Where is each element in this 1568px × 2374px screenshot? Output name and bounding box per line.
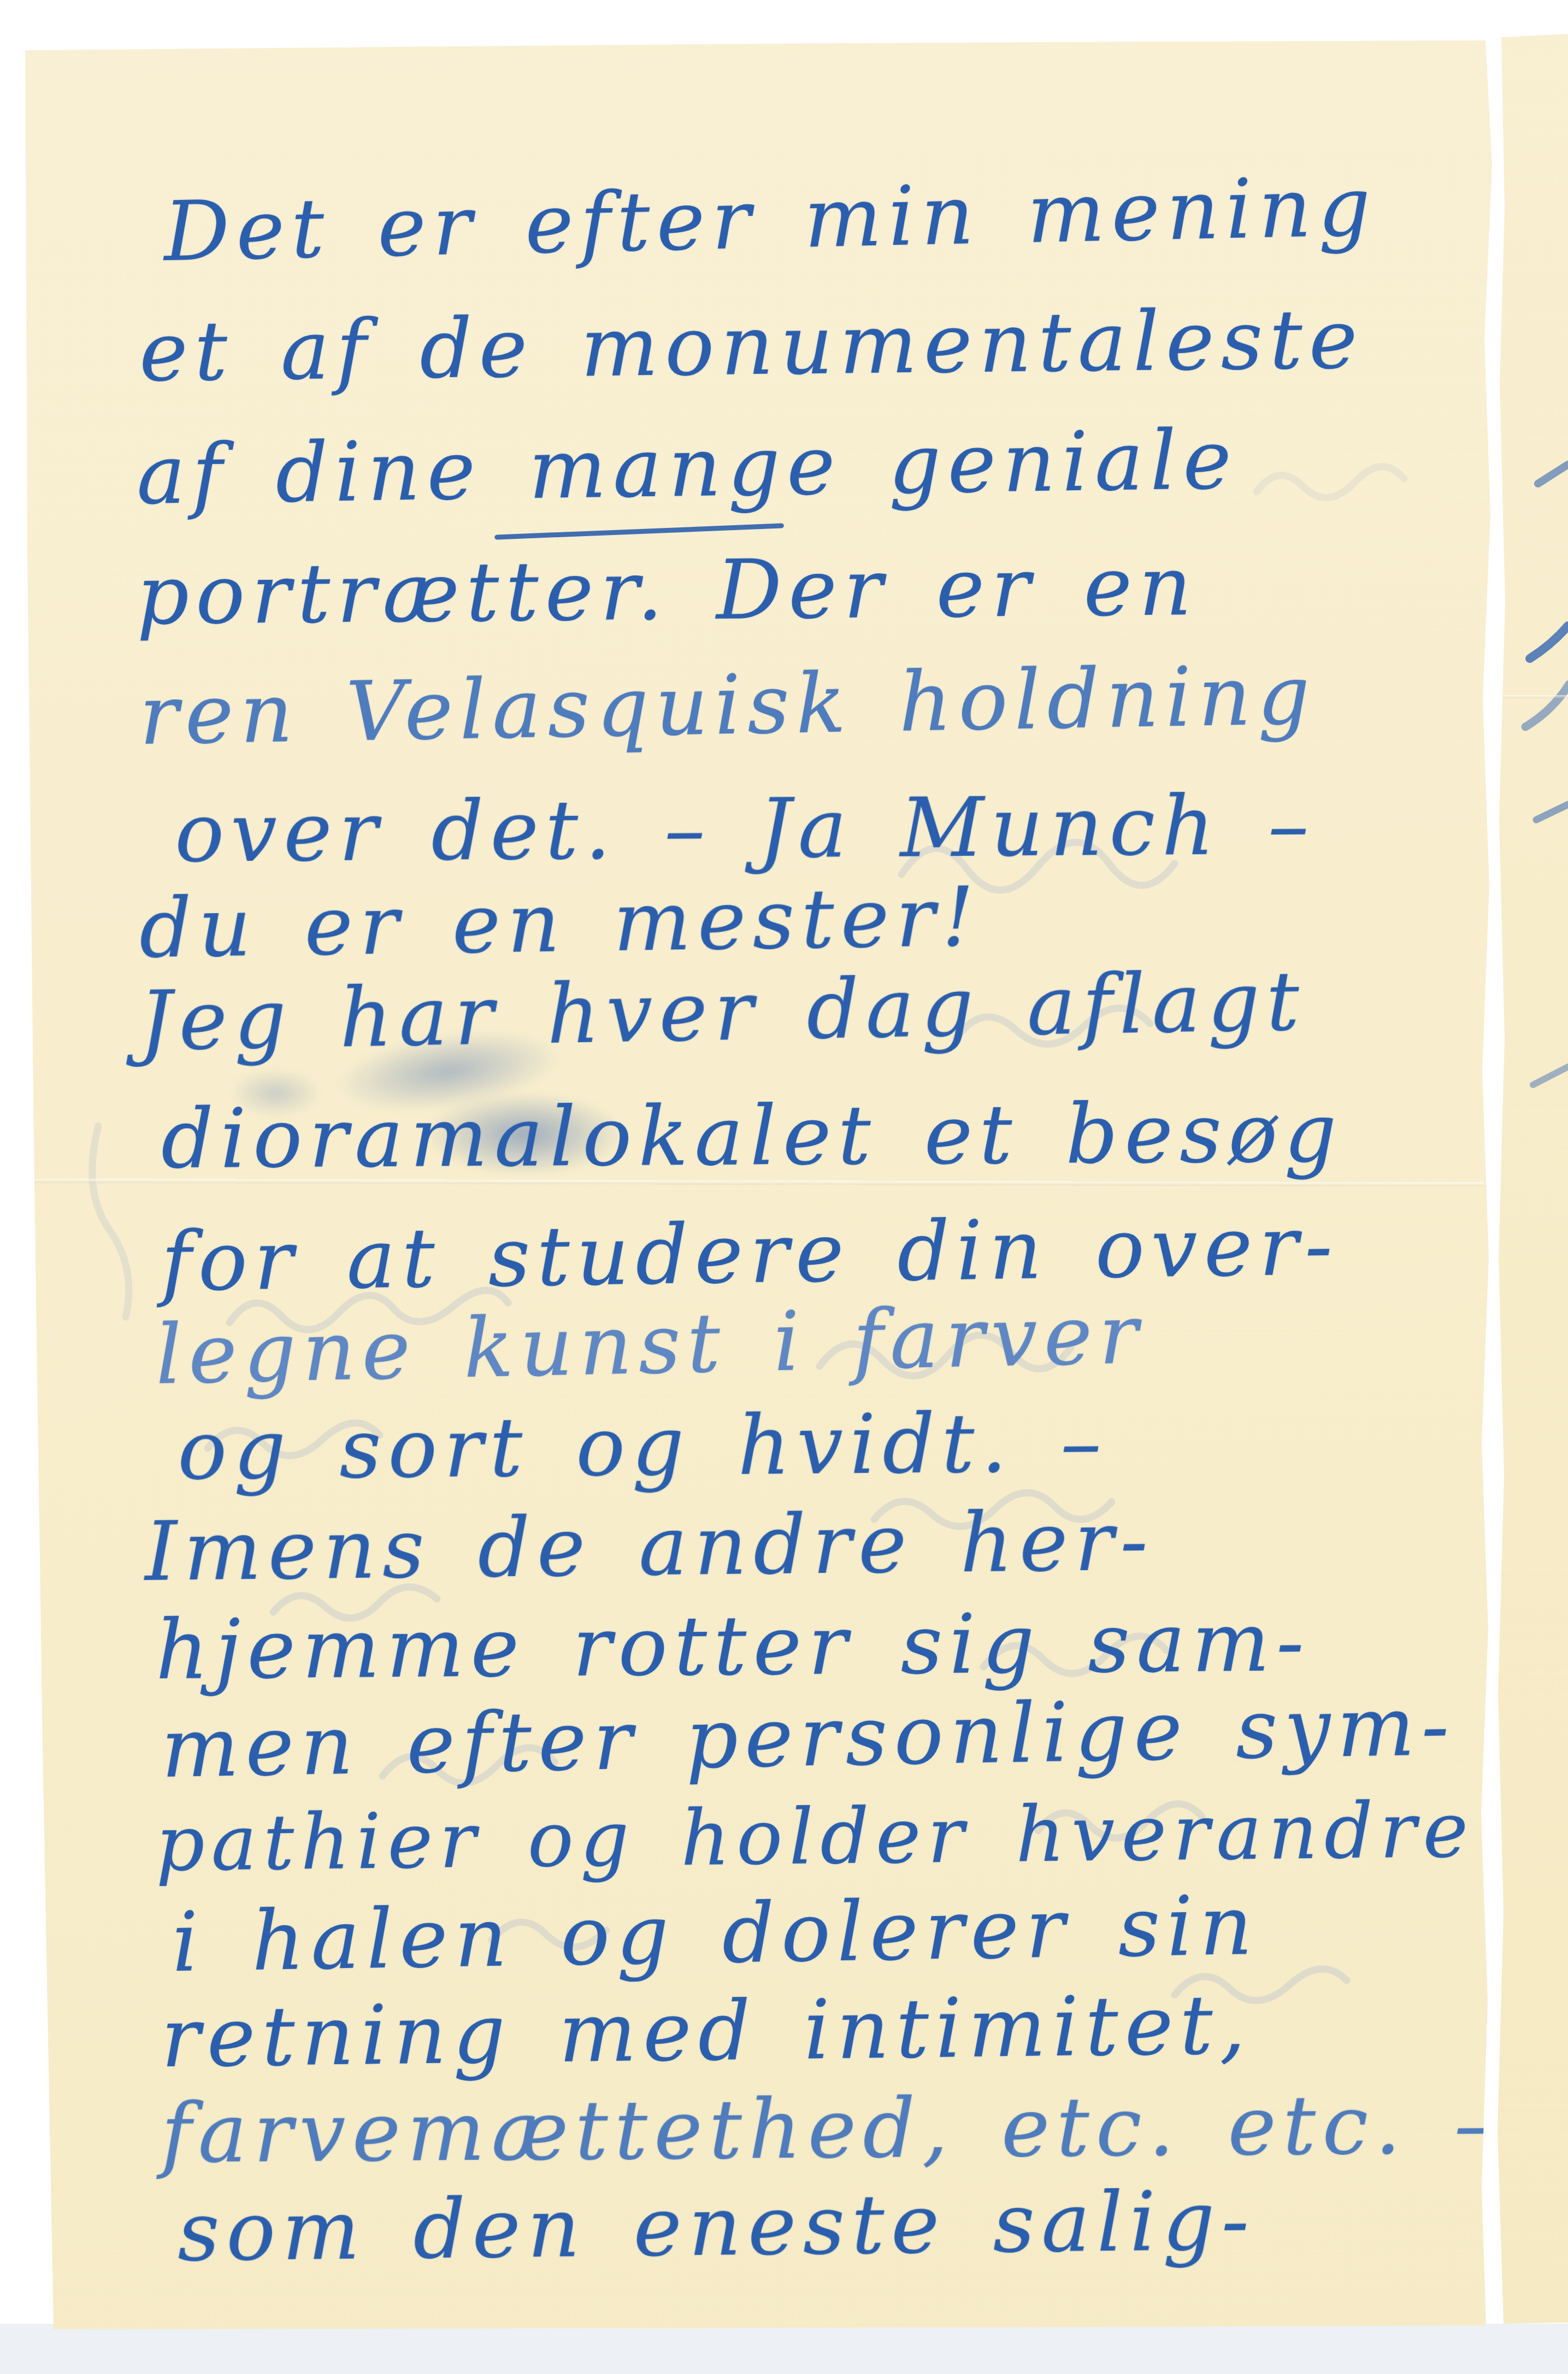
- letter-page: Det er efter min mening et af de monumen…: [0, 0, 1568, 2374]
- letter-line: for at studere din over-: [161, 1205, 1340, 1303]
- letter-line: Imens de andre her-: [144, 1501, 1154, 1593]
- letter-line: et af de monumentaleste: [139, 299, 1364, 393]
- letter-line: du er en mester!: [139, 876, 981, 969]
- letter-line: hjemme rotter sig sam-: [155, 1601, 1311, 1691]
- letter-line: farvemættethed, etc. etc. —: [161, 2083, 1543, 2175]
- letter-line: af dine mange geniale: [136, 419, 1239, 516]
- letter-line: i halen og dolerer sin: [172, 1885, 1259, 1984]
- scanner-background: [0, 2324, 1568, 2374]
- letter-line: som den eneste salig-: [177, 2180, 1256, 2273]
- letter-line: og sort og hvidt. –: [177, 1402, 1108, 1492]
- letter-line: dioramalokalet et besøg: [161, 1092, 1343, 1180]
- letter-line: pathier og holder hverandre: [155, 1793, 1475, 1883]
- letter-line: ren Velasquisk holdning: [139, 654, 1317, 757]
- letter-line: men efter personlige sym-: [161, 1685, 1457, 1790]
- scanned-letter-canvas: Det er efter min mening et af de monumen…: [0, 0, 1568, 2374]
- letter-line: Det er efter min mening: [163, 166, 1377, 273]
- letter-line: retning med intimitet,: [161, 1984, 1252, 2079]
- letter-line: legne kunst i farver: [155, 1294, 1145, 1396]
- letter-line: Jeg har hver dag aflagt: [139, 961, 1307, 1063]
- letter-line: over det. – Ja Munch –: [174, 784, 1316, 874]
- letter-line: portrætter. Der er en: [136, 545, 1198, 637]
- fold-crease: [1497, 695, 1568, 698]
